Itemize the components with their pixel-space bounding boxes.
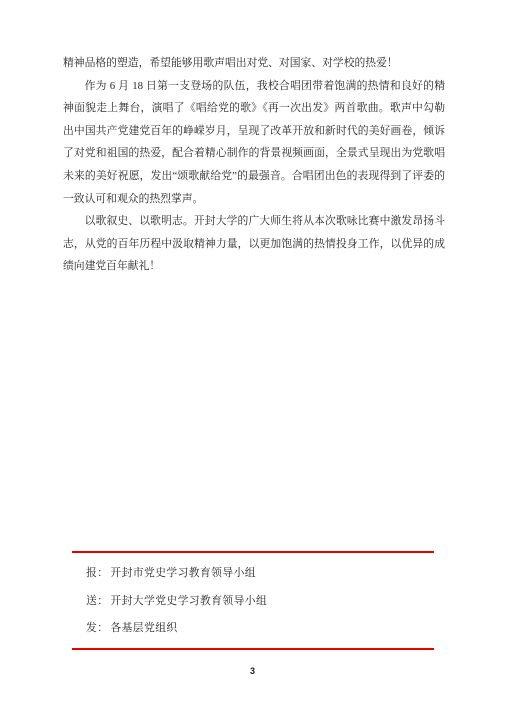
page-number: 3 [0,666,505,676]
paragraph-closing: 以歌叙史、以歌明志。开封大学的广大师生将从本次歌咏比赛中激发昂扬斗志，从党的百年… [63,210,445,278]
recipient-org-issue: 各基层党组织 [110,615,177,643]
paragraph-continuation: 精神品格的塑造，希望能够用歌声唱出对党、对国家、对学校的热爱！ [63,52,445,75]
paragraph-performance: 作为 6 月 18 日第一支登场的队伍，我校合唱团带着饱满的热情和良好的精神面貌… [63,75,445,211]
list-item: 发： 各基层党组织 [86,615,267,643]
recipient-label-report: 报： [86,560,108,588]
document-body-text: 精神品格的塑造，希望能够用歌声唱出对党、对国家、对学校的热爱！ 作为 6 月 1… [63,52,445,278]
red-divider-top [72,551,434,553]
recipient-org-report: 开封市党史学习教育领导小组 [110,560,256,588]
recipient-label-send: 送： [86,588,108,616]
recipient-org-send: 开封大学党史学习教育领导小组 [110,588,267,616]
document-page: 精神品格的塑造，希望能够用歌声唱出对党、对国家、对学校的热爱！ 作为 6 月 1… [0,0,505,715]
distribution-list: 报： 开封市党史学习教育领导小组 送： 开封大学党史学习教育领导小组 发： 各基… [86,560,267,643]
recipient-label-issue: 发： [86,615,108,643]
list-item: 送： 开封大学党史学习教育领导小组 [86,588,267,616]
red-divider-bottom [72,648,434,650]
list-item: 报： 开封市党史学习教育领导小组 [86,560,267,588]
